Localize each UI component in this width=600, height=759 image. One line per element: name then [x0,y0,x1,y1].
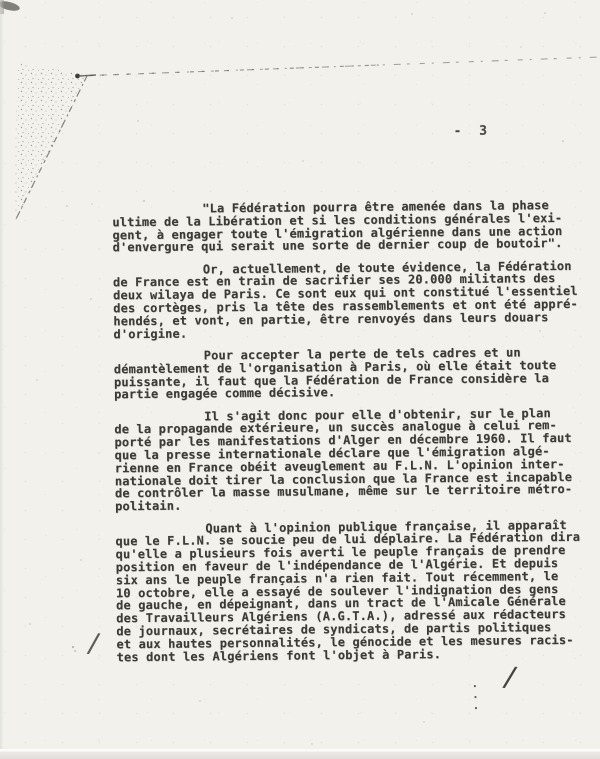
paragraph-quotation: "La Fédération pourra être amenée dans l… [112,199,592,255]
continuation-dots: . . . [471,678,481,711]
handwritten-margin-slash: / [85,629,103,658]
scanned-page: - 3 "La Fédération pourra être amenée da… [0,0,600,759]
continuation-slash-icon: / [501,663,520,693]
paragraph-propagande: Il s'agit donc pour elle d'obtenir, sur … [114,406,595,513]
document-body: "La Fédération pourra être amenée dans l… [112,199,596,673]
page-bottom-edge [0,749,600,759]
paragraph-federation-sacrifice: Or, actuellement, de toute évidence, la … [113,259,594,340]
paragraph-opinion-francaise: Quant à l'opinion publique française, il… [115,518,596,663]
page-number: - 3 [453,125,492,139]
paragraph-perte-cadres: Pour accepter la perte de tels cadres et… [114,346,594,402]
page-left-edge [0,0,4,759]
